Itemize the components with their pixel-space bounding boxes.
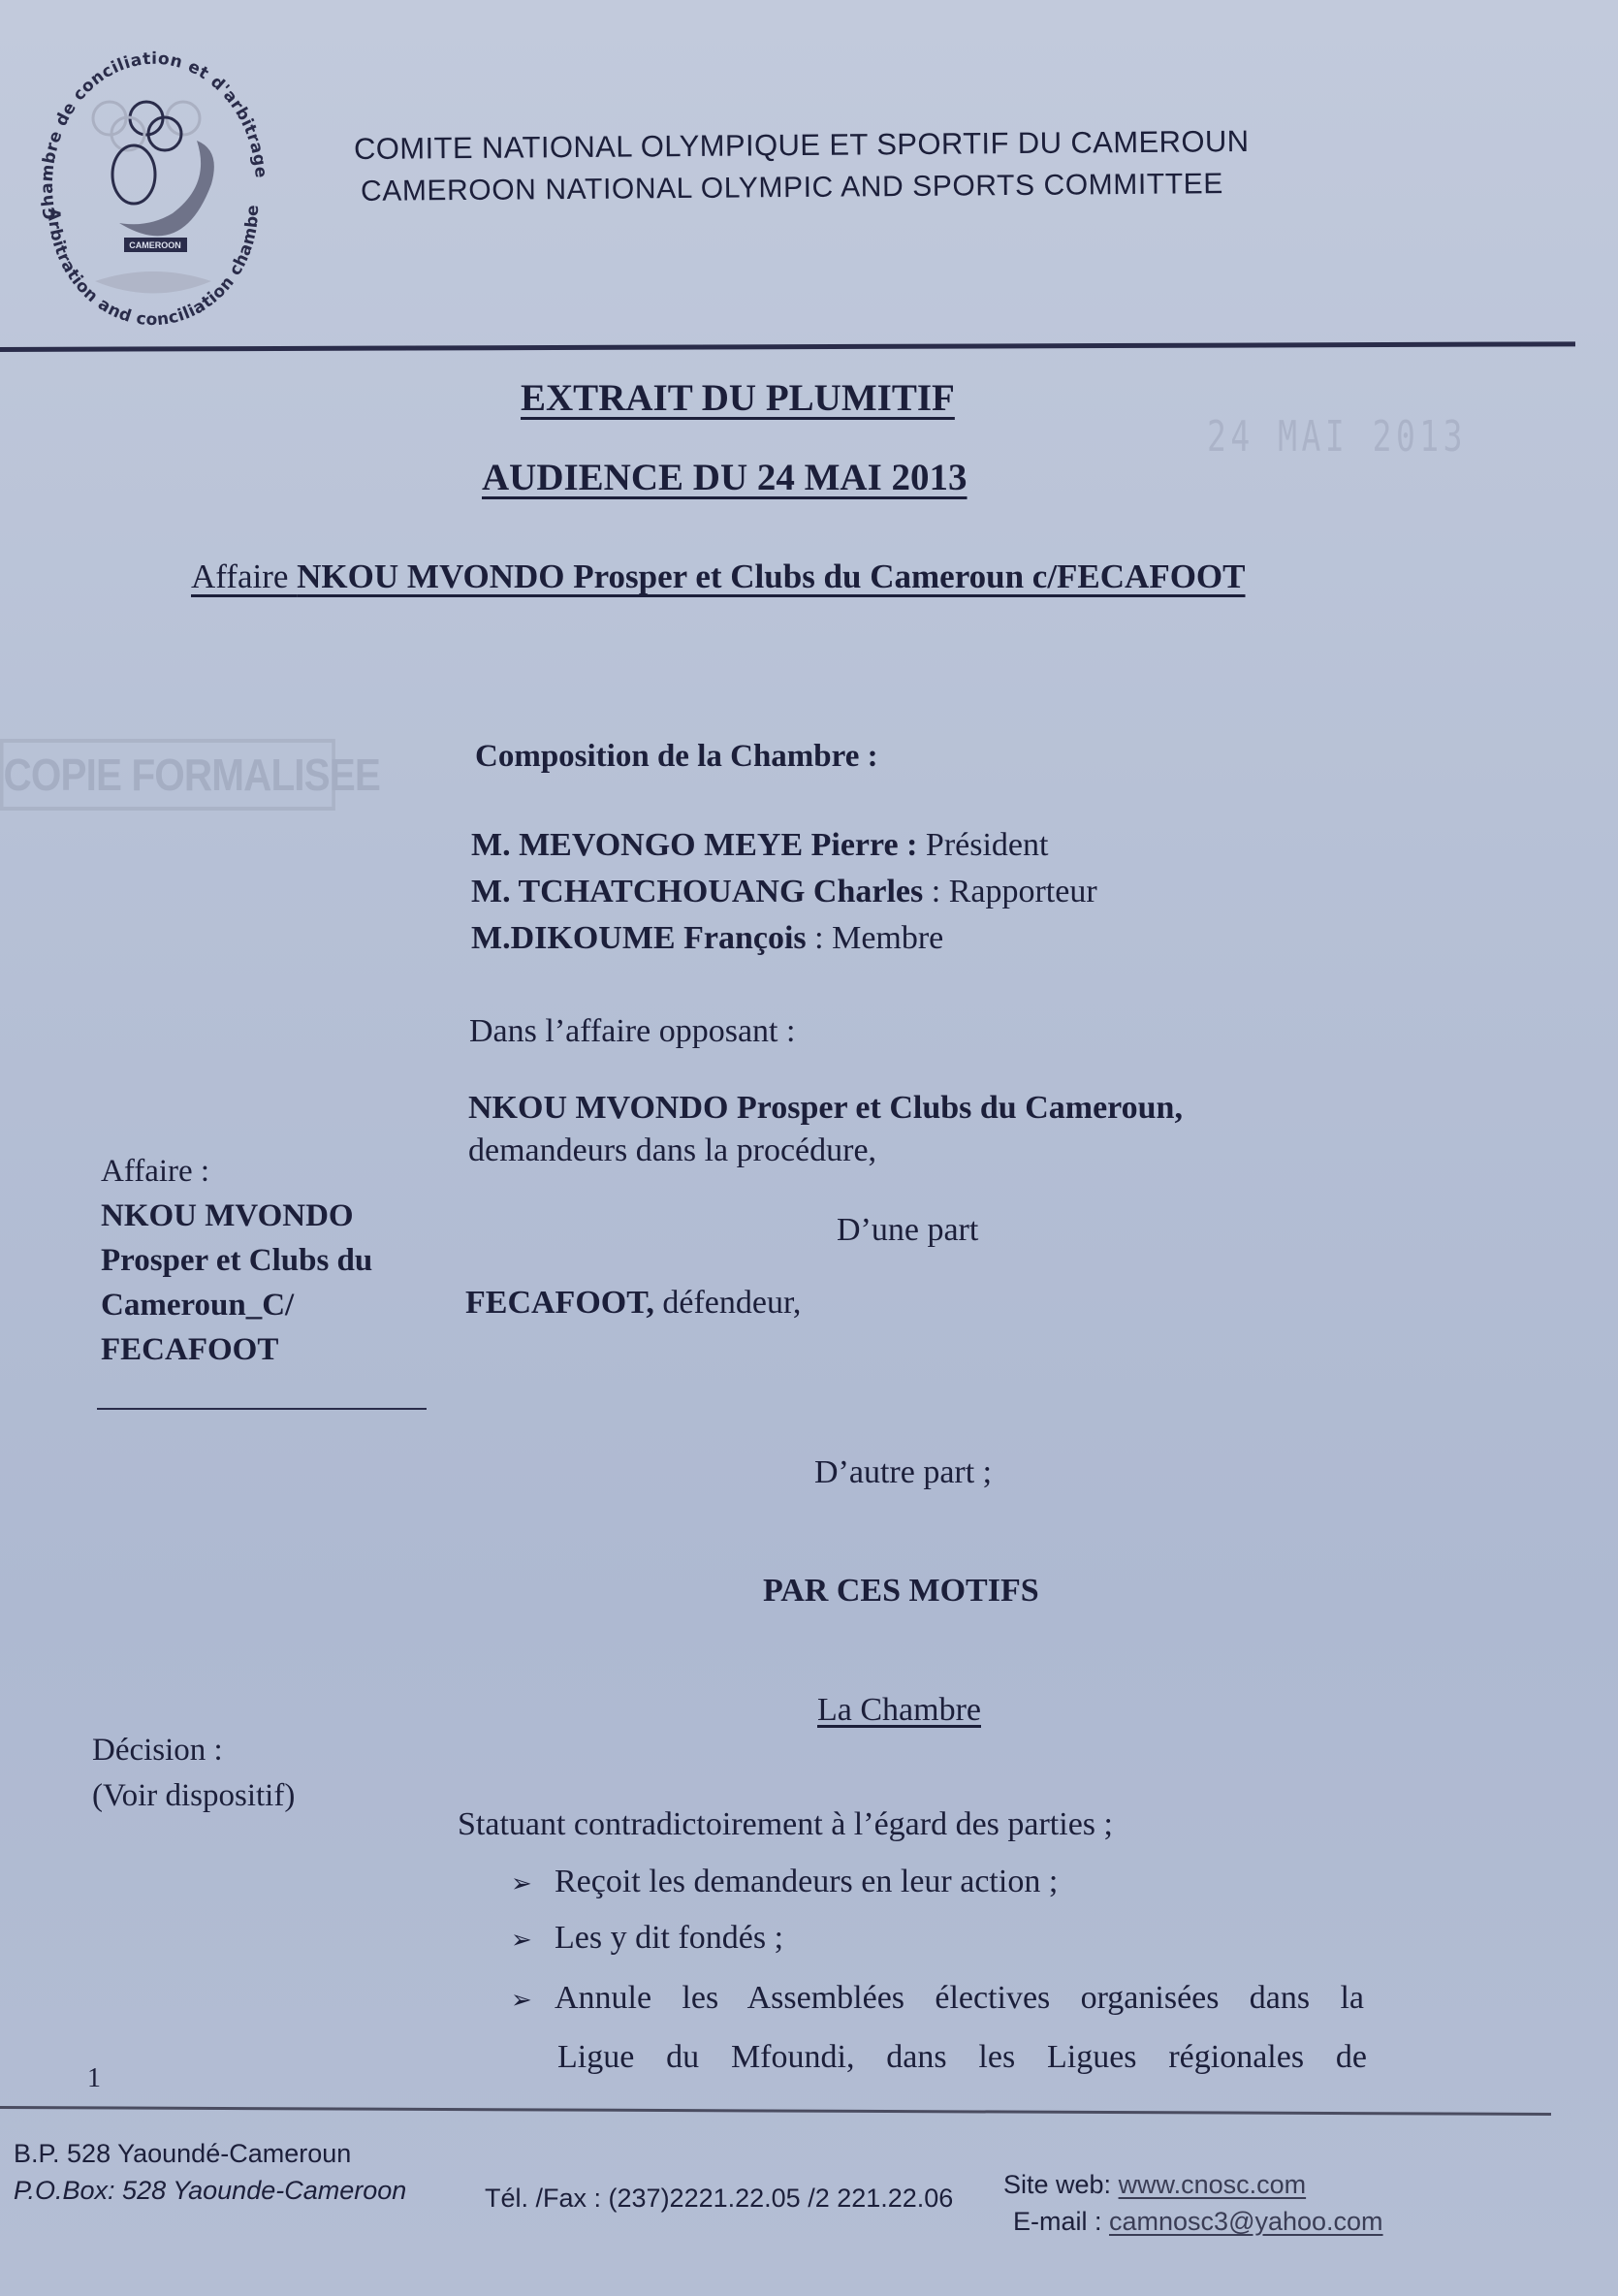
ruling-item-text: Annule les Assemblées électives organisé… [555, 1980, 1364, 2017]
decision-label: Décision : [92, 1728, 295, 1773]
website-link[interactable]: www.cnosc.com [1119, 2170, 1307, 2199]
member-role: : Rapporteur [923, 874, 1096, 909]
sidebar-case-line: Cameroun_C/ [101, 1283, 372, 1327]
footer-address-fr: B.P. 528 Yaoundé-Cameroun [14, 2139, 351, 2169]
logo-badge: CAMEROON [129, 240, 181, 250]
sidebar-decision: Décision : (Voir dispositif) [92, 1728, 295, 1819]
ruling-item-text: Les y dit fondés ; [555, 1920, 783, 1957]
footer-address-en: P.O.Box: 528 Yaounde-Cameroon [14, 2176, 406, 2206]
sidebar-case: Affaire : NKOU MVONDO Prosper et Clubs d… [101, 1149, 372, 1372]
plaintiff-name: NKOU MVONDO Prosper et Clubs du Cameroun… [468, 1090, 1183, 1127]
document-title: EXTRAIT DU PLUMITIF [521, 376, 955, 420]
case-title: Affaire NKOU MVONDO Prosper et Clubs du … [191, 558, 1246, 596]
received-date-stamp: 24 MAI 2013 [1207, 412, 1467, 462]
sidebar-case-line: FECAFOOT [101, 1327, 372, 1372]
member-role: : Membre [807, 920, 944, 956]
defendant-name: FECAFOOT, [465, 1285, 654, 1321]
email-link[interactable]: camnosc3@yahoo.com [1109, 2207, 1383, 2236]
sidebar-case-label: Affaire : [101, 1149, 372, 1194]
ruling-item-continuation: Ligue du Mfoundi, dans les Ligues région… [557, 2039, 1367, 2076]
header-divider [0, 341, 1575, 352]
org-name-en: CAMEROON NATIONAL OLYMPIC AND SPORTS COM… [361, 168, 1223, 208]
member-role: Président [917, 827, 1048, 863]
ruling-item-text: Reçoit les demandeurs en leur action ; [555, 1864, 1058, 1900]
arrow-bullet-icon: ➢ [511, 1986, 555, 2015]
parties-intro: Dans l’affaire opposant : [469, 1013, 795, 1050]
chamber-member: M. MEVONGO MEYE Pierre : Président [471, 827, 1048, 864]
case-prefix: Affaire [191, 558, 297, 595]
footer-phone: Tél. /Fax : (237)2221.22.05 /2 221.22.06 [485, 2184, 953, 2214]
org-name-fr: COMITE NATIONAL OLYMPIQUE ET SPORTIF DU … [354, 124, 1250, 167]
chamber-member: M.DIKOUME François : Membre [471, 920, 943, 957]
email-label: E-mail : [1013, 2207, 1109, 2236]
ruling-item: ➢ Annule les Assemblées électives organi… [511, 1980, 1364, 2017]
first-part-label: D’une part [837, 1212, 978, 1249]
chamber-logo: Chambre de conciliation et d'arbitrage A… [27, 39, 279, 330]
sidebar-case-line: NKOU MVONDO [101, 1194, 372, 1238]
footer-email: E-mail : camnosc3@yahoo.com [1013, 2207, 1383, 2237]
footer-divider [0, 2106, 1551, 2116]
defendant: FECAFOOT, défendeur, [465, 1285, 801, 1322]
case-parties: NKOU MVONDO Prosper et Clubs du Cameroun… [297, 558, 1245, 595]
ruling-subheading: La Chambre [817, 1692, 981, 1729]
ruling-item: ➢ Reçoit les demandeurs en leur action ; [511, 1864, 1058, 1900]
sidebar-case-line: Prosper et Clubs du [101, 1238, 372, 1283]
sidebar-divider [97, 1408, 427, 1410]
footer-website: Site web: www.cnosc.com [1003, 2170, 1306, 2200]
page-number: 1 [87, 2063, 101, 2094]
ruling-item: ➢ Les y dit fondés ; [511, 1920, 783, 1957]
second-part-label: D’autre part ; [814, 1454, 992, 1491]
chamber-member: M. TCHATCHOUANG Charles : Rapporteur [471, 874, 1097, 910]
copy-stamp: COPIE FORMALISEE [0, 739, 335, 811]
member-name: M. TCHATCHOUANG Charles [471, 874, 923, 909]
plaintiff-role: demandeurs dans la procédure, [468, 1132, 876, 1169]
defendant-role: défendeur, [654, 1285, 802, 1321]
chamber-composition-label: Composition de la Chambre : [475, 739, 878, 775]
decision-value: (Voir dispositif) [92, 1773, 295, 1819]
logo-arc-text-top: Chambre de conciliation et d'arbitrage [38, 49, 270, 221]
ruling-intro: Statuant contradictoirement à l’égard de… [458, 1806, 1113, 1843]
svg-text:Chambre de conciliation et d'a: Chambre de conciliation et d'arbitrage [38, 49, 270, 221]
hearing-date: AUDIENCE DU 24 MAI 2013 [482, 456, 968, 499]
arrow-bullet-icon: ➢ [511, 1926, 555, 1955]
olympic-emblem-icon: Chambre de conciliation et d'arbitrage A… [27, 39, 279, 330]
member-name: M.DIKOUME François [471, 920, 807, 956]
ruling-heading: PAR CES MOTIFS [763, 1573, 1039, 1610]
arrow-bullet-icon: ➢ [511, 1869, 555, 1898]
website-label: Site web: [1003, 2170, 1119, 2199]
member-name: M. MEVONGO MEYE Pierre : [471, 827, 917, 863]
